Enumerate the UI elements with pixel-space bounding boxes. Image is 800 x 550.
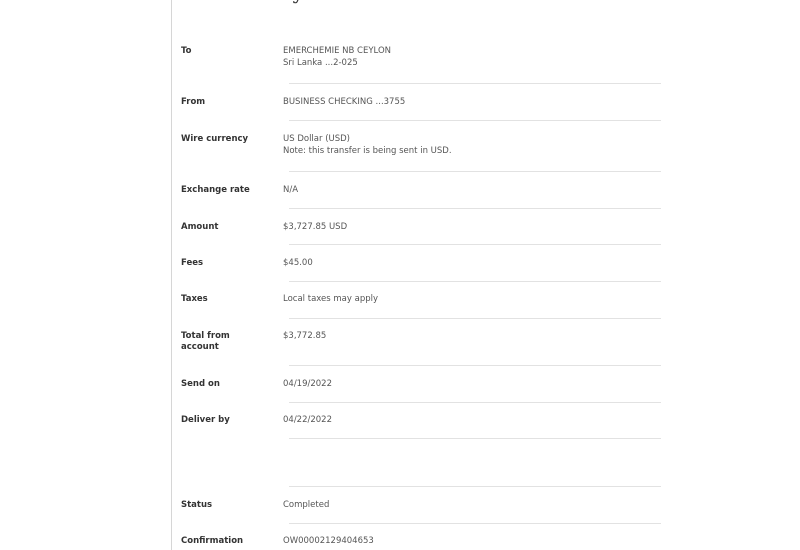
- divider: [289, 523, 661, 524]
- divider: [289, 402, 661, 403]
- label-total-from-account: Total from account: [181, 331, 281, 353]
- value-status: Completed: [283, 499, 329, 511]
- value-send-on: 04/19/2022: [283, 378, 332, 390]
- divider: [289, 365, 661, 366]
- value-taxes: Local taxes may apply: [283, 293, 378, 305]
- value-to-recipient: EMERCHEMIE NB CEYLON: [283, 45, 391, 57]
- label-taxes: Taxes: [181, 294, 281, 305]
- value-deliver-by: 04/22/2022: [283, 414, 332, 426]
- divider: [289, 244, 661, 245]
- label-send-on: Send on: [181, 379, 281, 390]
- label-wire-currency: Wire currency: [181, 134, 281, 145]
- value-amount: $3,727.85 USD: [283, 221, 347, 233]
- value-confirmation-number: OW00002129404653: [283, 535, 374, 547]
- divider: [289, 486, 661, 487]
- content-left-border: [171, 0, 172, 550]
- label-from: From: [181, 97, 281, 108]
- divider: [289, 208, 661, 209]
- value-fees: $45.00: [283, 257, 313, 269]
- value-to-account: Sri Lanka ...2-025: [283, 57, 358, 69]
- label-amount: Amount: [181, 222, 281, 233]
- divider: [289, 120, 661, 121]
- divider: [289, 438, 661, 439]
- value-wire-currency: US Dollar (USD): [283, 133, 350, 145]
- value-from: BUSINESS CHECKING ...3755: [283, 96, 405, 108]
- value-total-from-account: $3,772.85: [283, 330, 326, 342]
- divider: [289, 281, 661, 282]
- label-total-line1: Total from: [181, 331, 281, 342]
- label-status: Status: [181, 500, 281, 511]
- label-deliver-by: Deliver by: [181, 415, 281, 426]
- label-fees: Fees: [181, 258, 281, 269]
- divider: [289, 318, 661, 319]
- page-title: Wire Money - Details: [181, 0, 394, 4]
- label-confirmation: Confirmation: [181, 536, 281, 547]
- divider: [289, 171, 661, 172]
- label-to: To: [181, 46, 281, 57]
- label-exchange-rate: Exchange rate: [181, 185, 281, 196]
- value-wire-currency-note: Note: this transfer is being sent in USD…: [283, 145, 452, 157]
- divider: [289, 83, 661, 84]
- label-total-line2: account: [181, 342, 281, 353]
- value-exchange-rate: N/A: [283, 184, 298, 196]
